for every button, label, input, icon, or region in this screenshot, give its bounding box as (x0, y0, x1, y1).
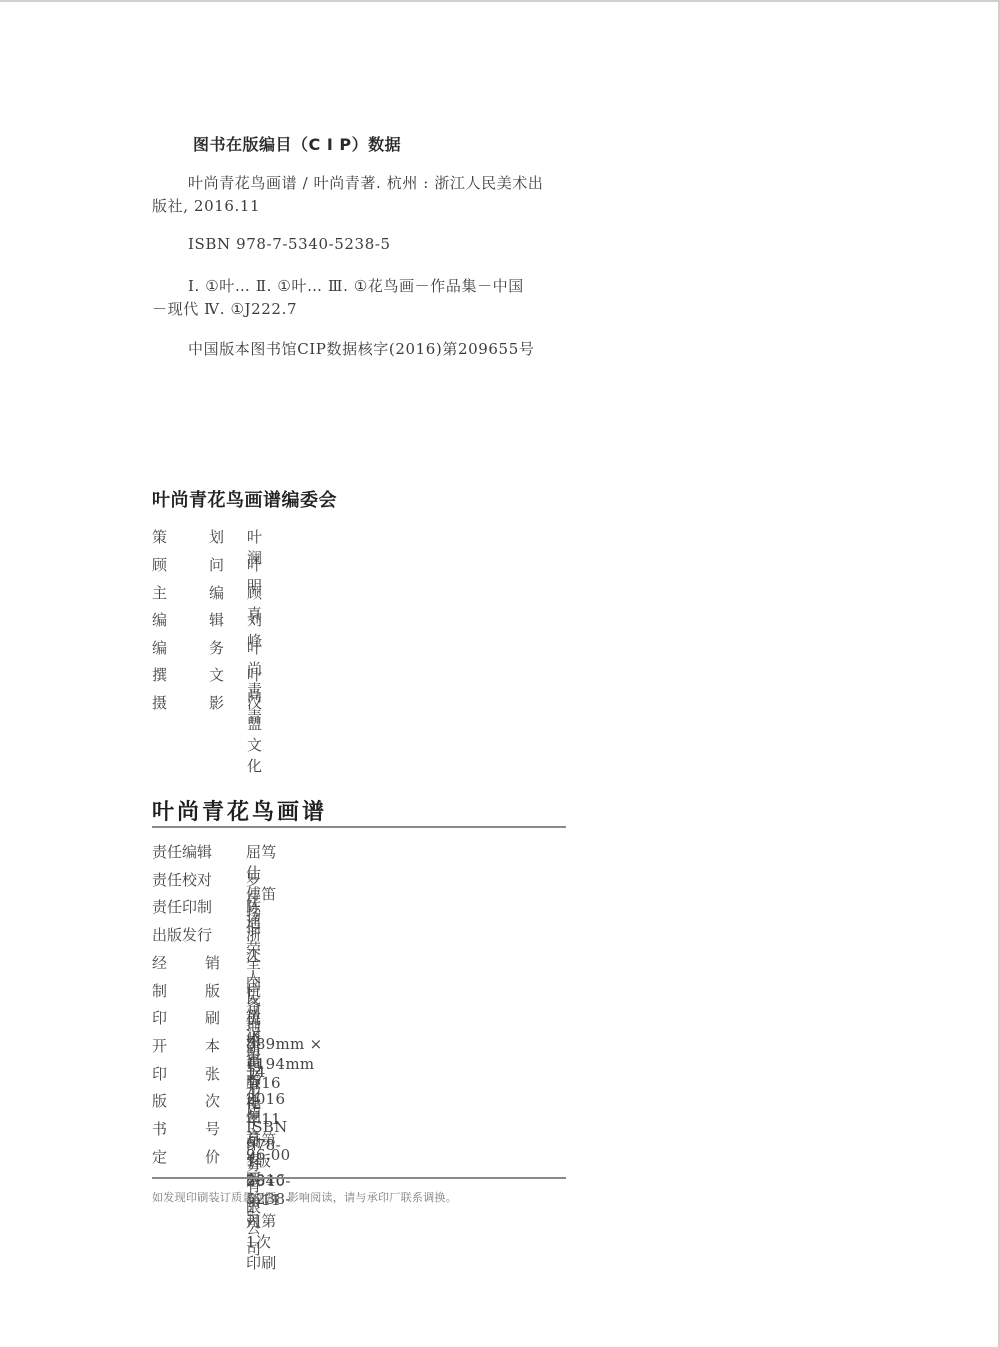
committee-role-second: 编 (209, 582, 224, 603)
info-label: 印张 (152, 1063, 220, 1084)
committee-title: 叶尚青花鸟画谱编委会 (152, 486, 337, 512)
cip-isbn: ISBN 978-7-5340-5238-5 (188, 235, 391, 253)
cip-entry-line-1: 叶尚青花鸟画谱 / 叶尚青著. 杭州 : 浙江人民美术出 (188, 172, 544, 193)
committee-role-second: 务 (209, 637, 224, 658)
cip-title: 图书在版编目（C I P）数据 (193, 132, 401, 155)
committee-role-second: 划 (209, 526, 224, 547)
committee-member-name: 汉盟文化 (247, 692, 264, 776)
cip-entry-line-2: 版社, 2016.11 (152, 195, 260, 216)
cip-classification-line-1: Ⅰ. ①叶… Ⅱ. ①叶… Ⅲ. ①花鸟画－作品集－中国 (188, 275, 524, 296)
copyright-page: 图书在版编目（C I P）数据 叶尚青花鸟画谱 / 叶尚青著. 杭州 : 浙江人… (0, 0, 1000, 1347)
committee-role-second: 辑 (209, 609, 224, 630)
committee-role-first: 编 (152, 637, 167, 658)
footer-divider (152, 1177, 566, 1179)
info-label: 责任校对 (152, 869, 220, 890)
info-label: 制版 (152, 980, 220, 1001)
cip-record-number: 中国版本图书馆CIP数据核字(2016)第209655号 (188, 338, 534, 359)
info-label: 书号 (152, 1118, 220, 1139)
committee-role-first: 编 (152, 609, 167, 630)
info-label: 责任印制 (152, 896, 220, 917)
quality-notice: 如发现印刷装订质量问题，影响阅读，请与承印厂联系调换。 (152, 1189, 457, 1205)
committee-role-first: 策 (152, 526, 167, 547)
info-label: 版次 (152, 1090, 220, 1111)
info-label: 开本 (152, 1035, 220, 1056)
cip-classification-line-2: －现代 Ⅳ. ①J222.7 (152, 298, 297, 319)
info-label: 定价 (152, 1146, 220, 1167)
info-label: 印刷 (152, 1007, 220, 1028)
committee-role-second: 影 (209, 692, 224, 713)
committee-role-second: 文 (209, 664, 224, 685)
info-value: 14 (246, 1063, 266, 1081)
info-label: 经销 (152, 952, 220, 973)
committee-role-first: 摄 (152, 692, 167, 713)
info-label: 责任编辑 (152, 841, 220, 862)
committee-role-first: 顾 (152, 554, 167, 575)
info-label: 出版发行 (152, 924, 220, 945)
committee-role-first: 撰 (152, 664, 167, 685)
committee-role-first: 主 (152, 582, 167, 603)
title-divider (152, 826, 566, 828)
info-value: 96.00元 (246, 1146, 290, 1185)
committee-role-second: 问 (209, 554, 224, 575)
book-title: 叶尚青花鸟画谱 (152, 795, 327, 826)
